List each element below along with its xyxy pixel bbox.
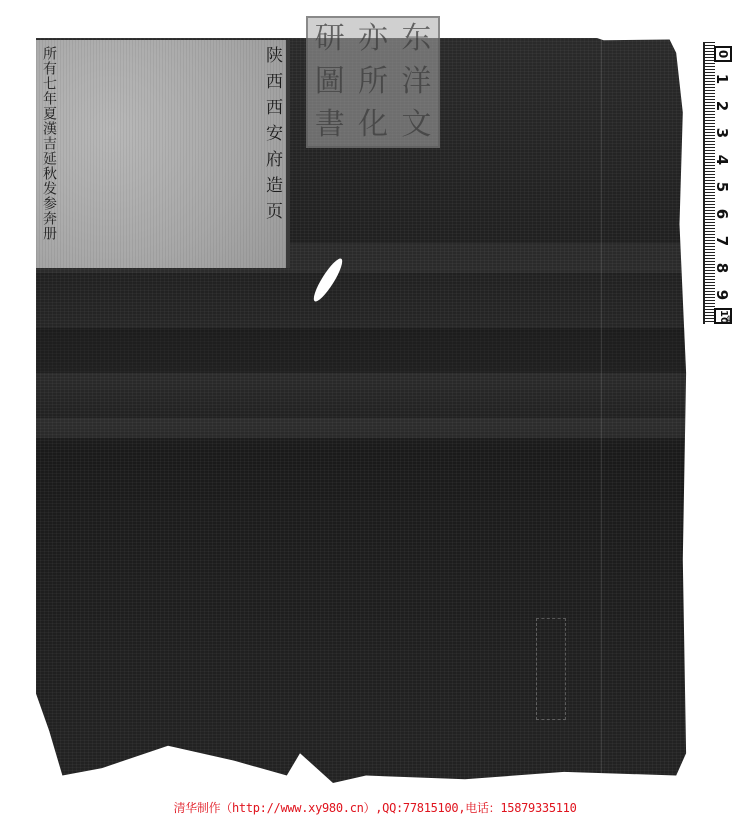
watermark-text: 清华制作（http://www.xy980.cn）,QQ:77815100,电话… (0, 799, 750, 816)
ruler-mark: 9 (713, 288, 731, 302)
ruler-mark: 8 (713, 261, 731, 275)
scale-ruler: 0 1 2 3 4 5 6 7 8 9 10 4 (703, 42, 729, 324)
watermark-line: 清华制作（http://www.xy980.cn）,QQ:77815100,电话… (173, 801, 576, 815)
texture-band (36, 418, 696, 438)
seal-char: 亦 (358, 24, 388, 54)
seal-char: 圖 (315, 67, 345, 97)
fold-line (601, 38, 602, 783)
seal-char: 所 (358, 67, 388, 97)
seal-char: 洋 (401, 67, 431, 97)
seal-char: 研 (315, 24, 345, 54)
ruler-mark: 0 (714, 46, 732, 62)
seal-char: 东 (401, 24, 431, 54)
ruler-mark: 3 (713, 126, 731, 140)
seal-char: 化 (358, 110, 388, 140)
ruler-mark: 2 (713, 99, 731, 113)
ruler-unit: 4 (725, 315, 731, 325)
seal-char: 書 (315, 110, 345, 140)
label-right-column: 陕西西安府造页 (263, 46, 280, 228)
title-label-slip: 陕西西安府造页 所有七年夏漢吉延秋发参奔册 (36, 40, 290, 268)
ruler-mark: 6 (713, 207, 731, 221)
ruler-mark: 7 (713, 234, 731, 248)
texture-band (36, 328, 696, 373)
ruler-mark: 5 (713, 180, 731, 194)
collection-seal: 东 洋 文 亦 所 化 研 圖 書 (306, 16, 440, 148)
ruler-mark: 1 (713, 72, 731, 86)
label-left-column: 所有七年夏漢吉延秋发参奔册 (42, 46, 56, 241)
ruler-mark: 4 (713, 153, 731, 167)
faint-stamp (536, 618, 566, 720)
seal-char: 文 (401, 110, 431, 140)
